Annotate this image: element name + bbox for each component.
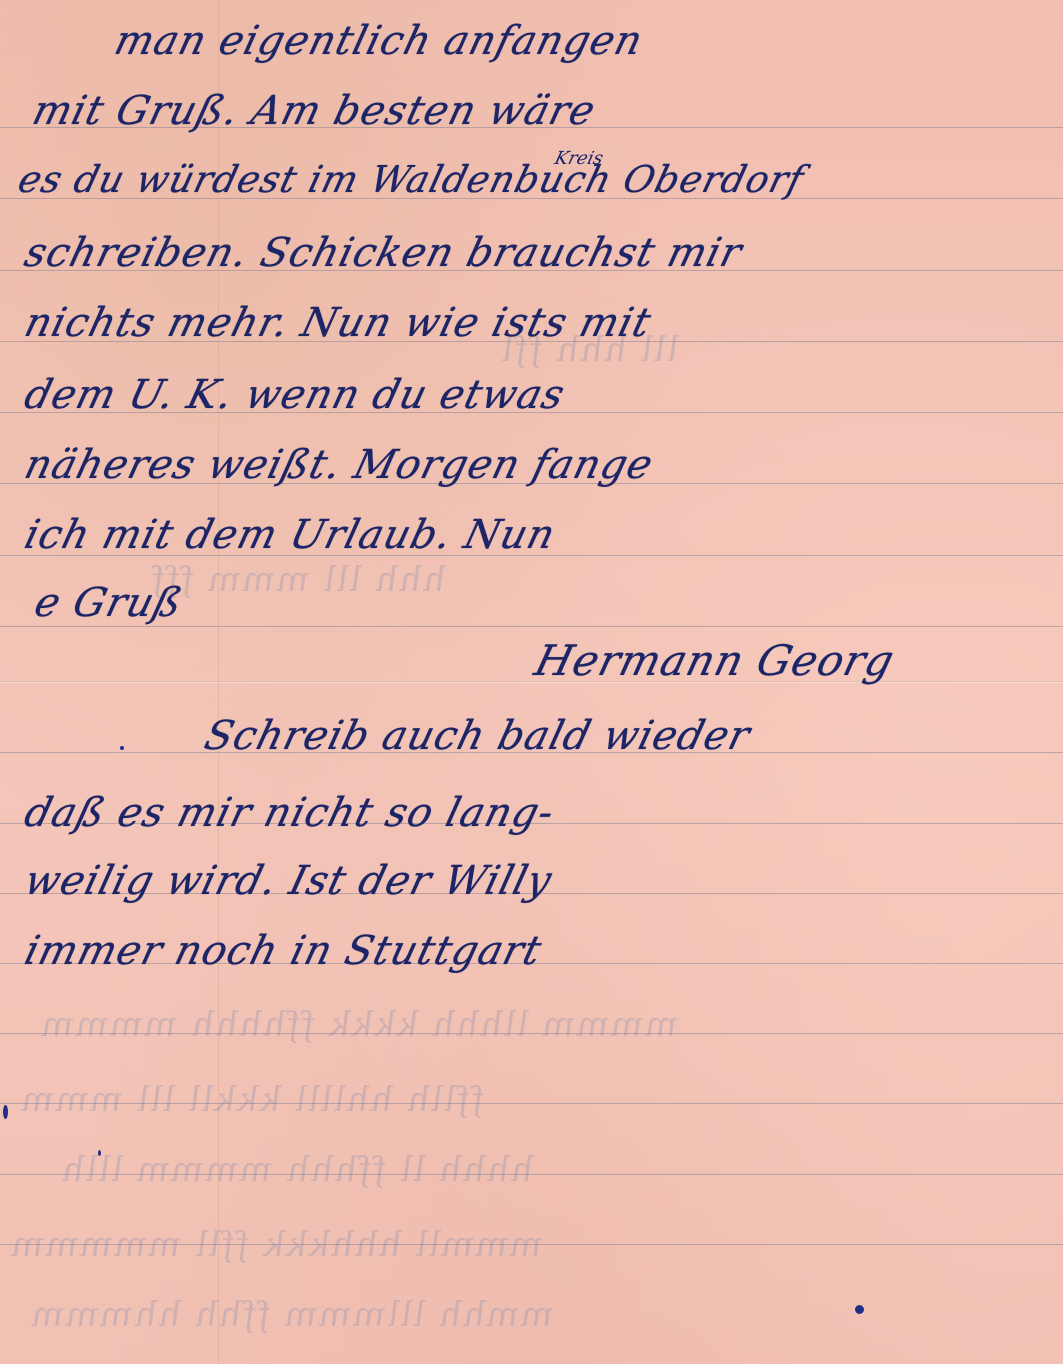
ruled-line bbox=[0, 1033, 1063, 1034]
ruled-line bbox=[0, 626, 1063, 627]
letter-line-8: ich mit dem Urlaub. Nun bbox=[20, 512, 560, 558]
letter-line-3: es du würdest im Waldenbuch Oberdorf bbox=[14, 158, 809, 201]
postscript-line-3: weilig wird. Ist der Willy bbox=[20, 858, 557, 904]
letter-line-1: man eigentlich anfangen bbox=[110, 18, 648, 64]
letter-line-6: dem U. K. wenn du etwas bbox=[20, 372, 570, 418]
letter-line-9: e Gruß bbox=[30, 580, 187, 626]
ink-spot bbox=[855, 1305, 864, 1314]
paper-fold-vertical bbox=[218, 0, 219, 1364]
letter-line-7: näheres weißt. Morgen fange bbox=[20, 442, 658, 488]
postscript-line-2: daß es mir nicht so lang- bbox=[20, 790, 559, 836]
ruled-line bbox=[0, 1174, 1063, 1175]
ink-spot bbox=[3, 1105, 8, 1119]
ink-spot bbox=[120, 746, 124, 750]
signature: Hermann Georg bbox=[530, 636, 900, 685]
letter-line-5: nichts mehr. Nun wie ists mit bbox=[20, 300, 656, 346]
ruled-line bbox=[0, 1244, 1063, 1245]
ink-spot bbox=[98, 1150, 101, 1156]
postscript-line-4: immer noch in Stuttgart bbox=[20, 928, 547, 974]
ruled-line bbox=[0, 1103, 1063, 1104]
letter-line-2: mit Gruß. Am besten wäre bbox=[28, 88, 600, 134]
postscript-line-1: Schreib auch bald wieder bbox=[200, 713, 755, 759]
letter-line-4: schreiben. Schicken brauchst mir bbox=[20, 230, 747, 276]
